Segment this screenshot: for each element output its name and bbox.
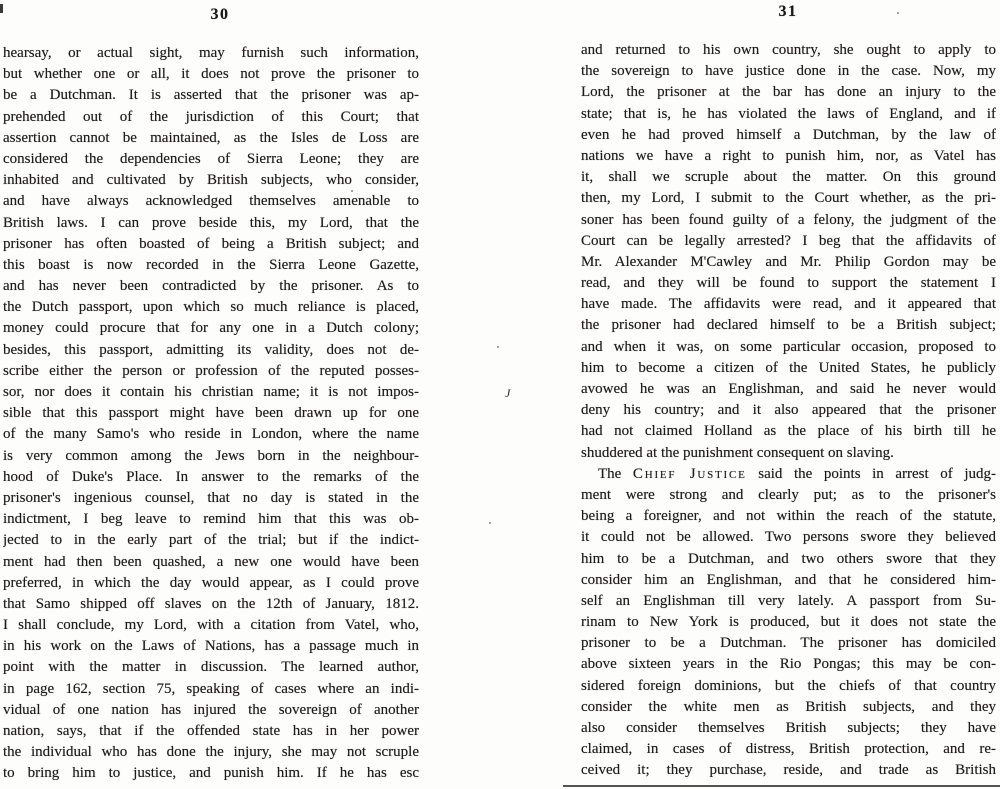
- text-line: in his work on the Laws of Nations, has …: [3, 636, 419, 657]
- text-line: this boast is now recorded in the Sierra…: [3, 255, 419, 276]
- text-line: Court can be legally arrested? I beg tha…: [581, 231, 996, 252]
- text-line: sidered foreign dominions, but the chief…: [581, 676, 996, 697]
- text-line: it, shall we scruple about the matter. O…: [581, 167, 996, 188]
- text-line: also consider themselves British subject…: [581, 718, 996, 739]
- text-line: consider the white men as British subjec…: [581, 697, 996, 718]
- text-line: the individual who has done the injury, …: [3, 742, 419, 763]
- text-line: hearsay, or actual sight, may furnish su…: [3, 43, 419, 64]
- text-line: above sixteen years in the Rio Pongas; t…: [581, 654, 996, 675]
- text-line: Mr. Alexander M'Cawley and Mr. Philip Go…: [581, 252, 996, 273]
- text-line: ceived it; they purchase, reside, and tr…: [581, 760, 996, 781]
- text-line: and when it was, on some particular occa…: [581, 337, 996, 358]
- text-line: and has never been contradicted by the p…: [3, 276, 419, 297]
- text-line: but whether one or all, it does not prov…: [3, 64, 419, 85]
- text-line: the sovereign to have justice done in th…: [581, 61, 996, 82]
- text-line: soner has been found guilty of a felony,…: [581, 210, 996, 231]
- text-line: vidual of one nation has injured the sov…: [3, 700, 419, 721]
- scan-speck: [897, 12, 899, 14]
- smallcaps-text: Chief Justice: [633, 466, 747, 482]
- text-segment: said the points in arrest of judg-: [747, 466, 996, 482]
- text-line: then, my Lord, I submit to the Court whe…: [581, 188, 996, 209]
- text-line: have made. The affidavits were read, and…: [581, 294, 996, 315]
- scan-speck: [351, 190, 353, 192]
- text-line: considered the dependencies of Sierra Le…: [3, 149, 419, 170]
- text-line: prehended out of the jurisdiction of thi…: [3, 107, 419, 128]
- text-line: him to become a citizen of the United St…: [581, 358, 996, 379]
- text-line: I shall conclude, my Lord, with a citati…: [3, 615, 419, 636]
- text-line: The Chief Justice said the points in arr…: [581, 464, 996, 485]
- text-line: him to be a Dutchman, and two others swo…: [581, 549, 996, 570]
- text-line: avowed he was an Englishman, and said he…: [581, 379, 996, 400]
- scan-gutter-mark: J: [505, 386, 510, 401]
- text-line: prisoner to be a Dutchman. The prisoner …: [581, 633, 996, 654]
- text-line: being a foreigner, and not within the re…: [581, 506, 996, 527]
- text-line: even he had proved himself a Dutchman, b…: [581, 125, 996, 146]
- scan-speck: [962, 45, 964, 47]
- text-line: British laws. I can prove beside this, m…: [3, 213, 419, 234]
- text-line: consider him an Englishman, and that he …: [581, 570, 996, 591]
- text-line: to bring him to justice, and punish him.…: [3, 763, 419, 784]
- text-line: state; that is, he has violated the laws…: [581, 104, 996, 125]
- page-number-right: 31: [768, 3, 808, 21]
- text-segment: The: [598, 466, 633, 482]
- text-line: scribe either the person or profession o…: [3, 361, 419, 382]
- text-line: ment were strong and clearly put; as to …: [581, 485, 996, 506]
- text-line: be a Dutchman. It is asserted that the p…: [3, 85, 419, 106]
- text-line: jected to in the early part of the trial…: [3, 530, 419, 551]
- text-line: nation, says, that if the offended state…: [3, 721, 419, 742]
- scan-edge-artifact: [563, 785, 1000, 787]
- text-line: inhabited and cultivated by British subj…: [3, 170, 419, 191]
- text-line: money could procure that for any one in …: [3, 318, 419, 339]
- text-line: self an Englishman till very lately. A p…: [581, 591, 996, 612]
- text-line: read, and they will be found to support …: [581, 273, 996, 294]
- text-line: ment had then been quashed, a new one wo…: [3, 552, 419, 573]
- text-line: sor, nor does it contain his christian n…: [3, 382, 419, 403]
- text-line: and have always acknowledged themselves …: [3, 191, 419, 212]
- text-line: assertion cannot be maintained, as the I…: [3, 128, 419, 149]
- text-line: prisoner's ingenious counsel, that no da…: [3, 488, 419, 509]
- page-number-left: 30: [200, 6, 240, 24]
- text-line: nations we have a right to punish him, n…: [581, 146, 996, 167]
- text-line: claimed, in cases of distress, British p…: [581, 739, 996, 760]
- text-line: the prisoner had declared himself to be …: [581, 315, 996, 336]
- text-line: of the many Samo's who reside in London,…: [3, 424, 419, 445]
- text-line: sible that this passport might have been…: [3, 403, 419, 424]
- text-line: hood of Duke's Place. In answer to the r…: [3, 467, 419, 488]
- right-page-text: and returned to his own country, she oug…: [581, 40, 996, 782]
- text-line: had not claimed Holland as the place of …: [581, 421, 996, 442]
- text-line: preferred, in which the day would appear…: [3, 573, 419, 594]
- scan-speck: [489, 522, 491, 524]
- text-line: the Dutch passport, upon which so much r…: [3, 297, 419, 318]
- text-line: is very common among the Jews born in th…: [3, 446, 419, 467]
- text-line: point with the matter in discussion. The…: [3, 657, 419, 678]
- text-line: Lord, the prisoner at the bar has done a…: [581, 82, 996, 103]
- text-line: indictment, I beg leave to remind him th…: [3, 509, 419, 530]
- text-line: deny his country; and it also appeared t…: [581, 400, 996, 421]
- text-line: shuddered at the punishment consequent o…: [581, 443, 996, 464]
- text-line: in page 162, section 75, speaking of cas…: [3, 679, 419, 700]
- text-line: prisoner has often boasted of being a Br…: [3, 234, 419, 255]
- text-line: it could not be allowed. Two persons swo…: [581, 527, 996, 548]
- scan-corner-artifact: [0, 4, 3, 13]
- text-line: rinam to New York is produced, but it do…: [581, 612, 996, 633]
- scan-speck: [497, 346, 499, 348]
- left-page-text: hearsay, or actual sight, may furnish su…: [3, 43, 419, 785]
- text-line: besides, this passport, admitting its va…: [3, 340, 419, 361]
- text-line: that Samo shipped off slaves on the 12th…: [3, 594, 419, 615]
- text-line: and returned to his own country, she oug…: [581, 40, 996, 61]
